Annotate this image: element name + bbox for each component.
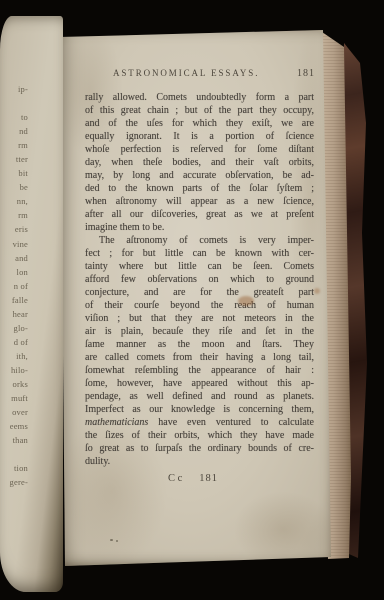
- text-line: The aſtronomy of comets is very imper-: [85, 234, 314, 247]
- text-line: pendage, as well defined and round as pl…: [85, 390, 314, 403]
- fragment-line: [0, 447, 28, 461]
- fragment-line: nn,: [0, 194, 28, 208]
- text-line: whoſe perfection is reſerved for ſome di…: [85, 143, 314, 156]
- text-line: when aſtronomy will appear as a new ſcie…: [85, 195, 314, 208]
- text-line: of their courſe beyond the reach of huma…: [85, 299, 314, 312]
- facing-page-sliver: ip- tondrmtterbitbenn,rmerisvineandlonn …: [0, 16, 63, 592]
- signature-number: 181: [199, 473, 218, 484]
- fragment-line: glo-: [0, 321, 28, 335]
- page-body: rally allowed. Comets undoubtedly form a…: [85, 91, 314, 468]
- running-header: ASTRONOMICAL ESSAYS. 181: [85, 68, 315, 80]
- text-line: day, when theſe bodies, and their vaſt o…: [85, 156, 314, 169]
- fragment-line: ith,: [0, 349, 28, 363]
- text-line: conjecture, and are for the greateſt par…: [85, 286, 314, 299]
- running-head-title: ASTRONOMICAL ESSAYS.: [113, 68, 259, 78]
- fragment-line: d of: [0, 335, 28, 349]
- fragment-line: bit: [0, 166, 28, 180]
- text-line: ſame manner as the moon and ſtars. They: [85, 338, 314, 351]
- text-line: rally allowed. Comets undoubtedly form a…: [85, 91, 314, 104]
- ink-speck: [116, 540, 118, 542]
- text-line: ded to the known parts of the ſolar ſyſt…: [85, 182, 314, 195]
- fragment-line: eris: [0, 222, 28, 236]
- text-line: viſion ; but that they are not meteors i…: [85, 312, 314, 325]
- text-line: the ſizes of their orbits, which they ha…: [85, 429, 314, 442]
- fragment-line: rm: [0, 138, 28, 152]
- fragment-line: rm: [0, 208, 28, 222]
- fragment-line: and: [0, 251, 28, 265]
- text-line: of this great chain ; but of the part th…: [85, 104, 314, 117]
- text-line: equally ignorant. It is a portion of ſci…: [85, 130, 314, 143]
- fragment-line: eems: [0, 419, 28, 433]
- fragment-line: tter: [0, 152, 28, 166]
- foxing-stain: [238, 296, 254, 306]
- fragment-line: than: [0, 433, 28, 447]
- book-photograph: ASTRONOMICAL ESSAYS. 181 rally allowed. …: [0, 0, 384, 600]
- fragment-line: [0, 96, 28, 110]
- signature-line: C c181: [168, 473, 218, 484]
- text-line: afford few obſervations on which to grou…: [85, 273, 314, 286]
- fragment-line: n of: [0, 279, 28, 293]
- text-line: ſo great as to ſurpaſs the ordinary boun…: [85, 442, 314, 455]
- page-number: 181: [297, 68, 315, 79]
- text-line: air is plain, becauſe they riſe and ſet …: [85, 325, 314, 338]
- text-line: fect ; for but little can be known with …: [85, 247, 314, 260]
- text-line: tainty where but little can be ſeen. Com…: [85, 260, 314, 273]
- text-line: ſome, however, have appeared without thi…: [85, 377, 314, 390]
- ink-speck: [110, 539, 113, 541]
- fragment-line: nd: [0, 124, 28, 138]
- fragment-line: falle: [0, 293, 28, 307]
- text-line: mathematicians have even ventured to cal…: [85, 416, 314, 429]
- text-line: imagine them to be.: [85, 221, 314, 234]
- fragment-line: over: [0, 405, 28, 419]
- fragment-line: muft: [0, 391, 28, 405]
- foxing-stain: [314, 288, 320, 294]
- fragment-line: vine: [0, 237, 28, 251]
- text-line: ſomewhat reſembling the appearance of ha…: [85, 364, 314, 377]
- facing-page-text-fragments: ip- tondrmtterbitbenn,rmerisvineandlonn …: [0, 82, 28, 489]
- fragment-line: hilo-: [0, 363, 28, 377]
- text-line: are called comets from their having a lo…: [85, 351, 314, 364]
- fragment-line: orks: [0, 377, 28, 391]
- fragment-line: lon: [0, 265, 28, 279]
- fragment-line: hear: [0, 307, 28, 321]
- text-line: dulity.: [85, 455, 314, 468]
- fragment-line: to: [0, 110, 28, 124]
- text-line: after all our diſcoveries, great as we a…: [85, 208, 314, 221]
- fragment-line: be: [0, 180, 28, 194]
- italic-word: mathematicians: [85, 417, 148, 428]
- book-page: ASTRONOMICAL ESSAYS. 181 rally allowed. …: [57, 27, 333, 567]
- fragment-line: gere-: [0, 475, 28, 489]
- text-line: Imperfect as our knowledge is concerning…: [85, 403, 314, 416]
- fragment-line: ip-: [0, 82, 28, 96]
- fragment-line: tion: [0, 461, 28, 475]
- text-line: may, by long and accurate obſervation, b…: [85, 169, 314, 182]
- text-line: and of the uſes for which they exiſt, we…: [85, 117, 314, 130]
- signature-mark: C c: [168, 473, 182, 484]
